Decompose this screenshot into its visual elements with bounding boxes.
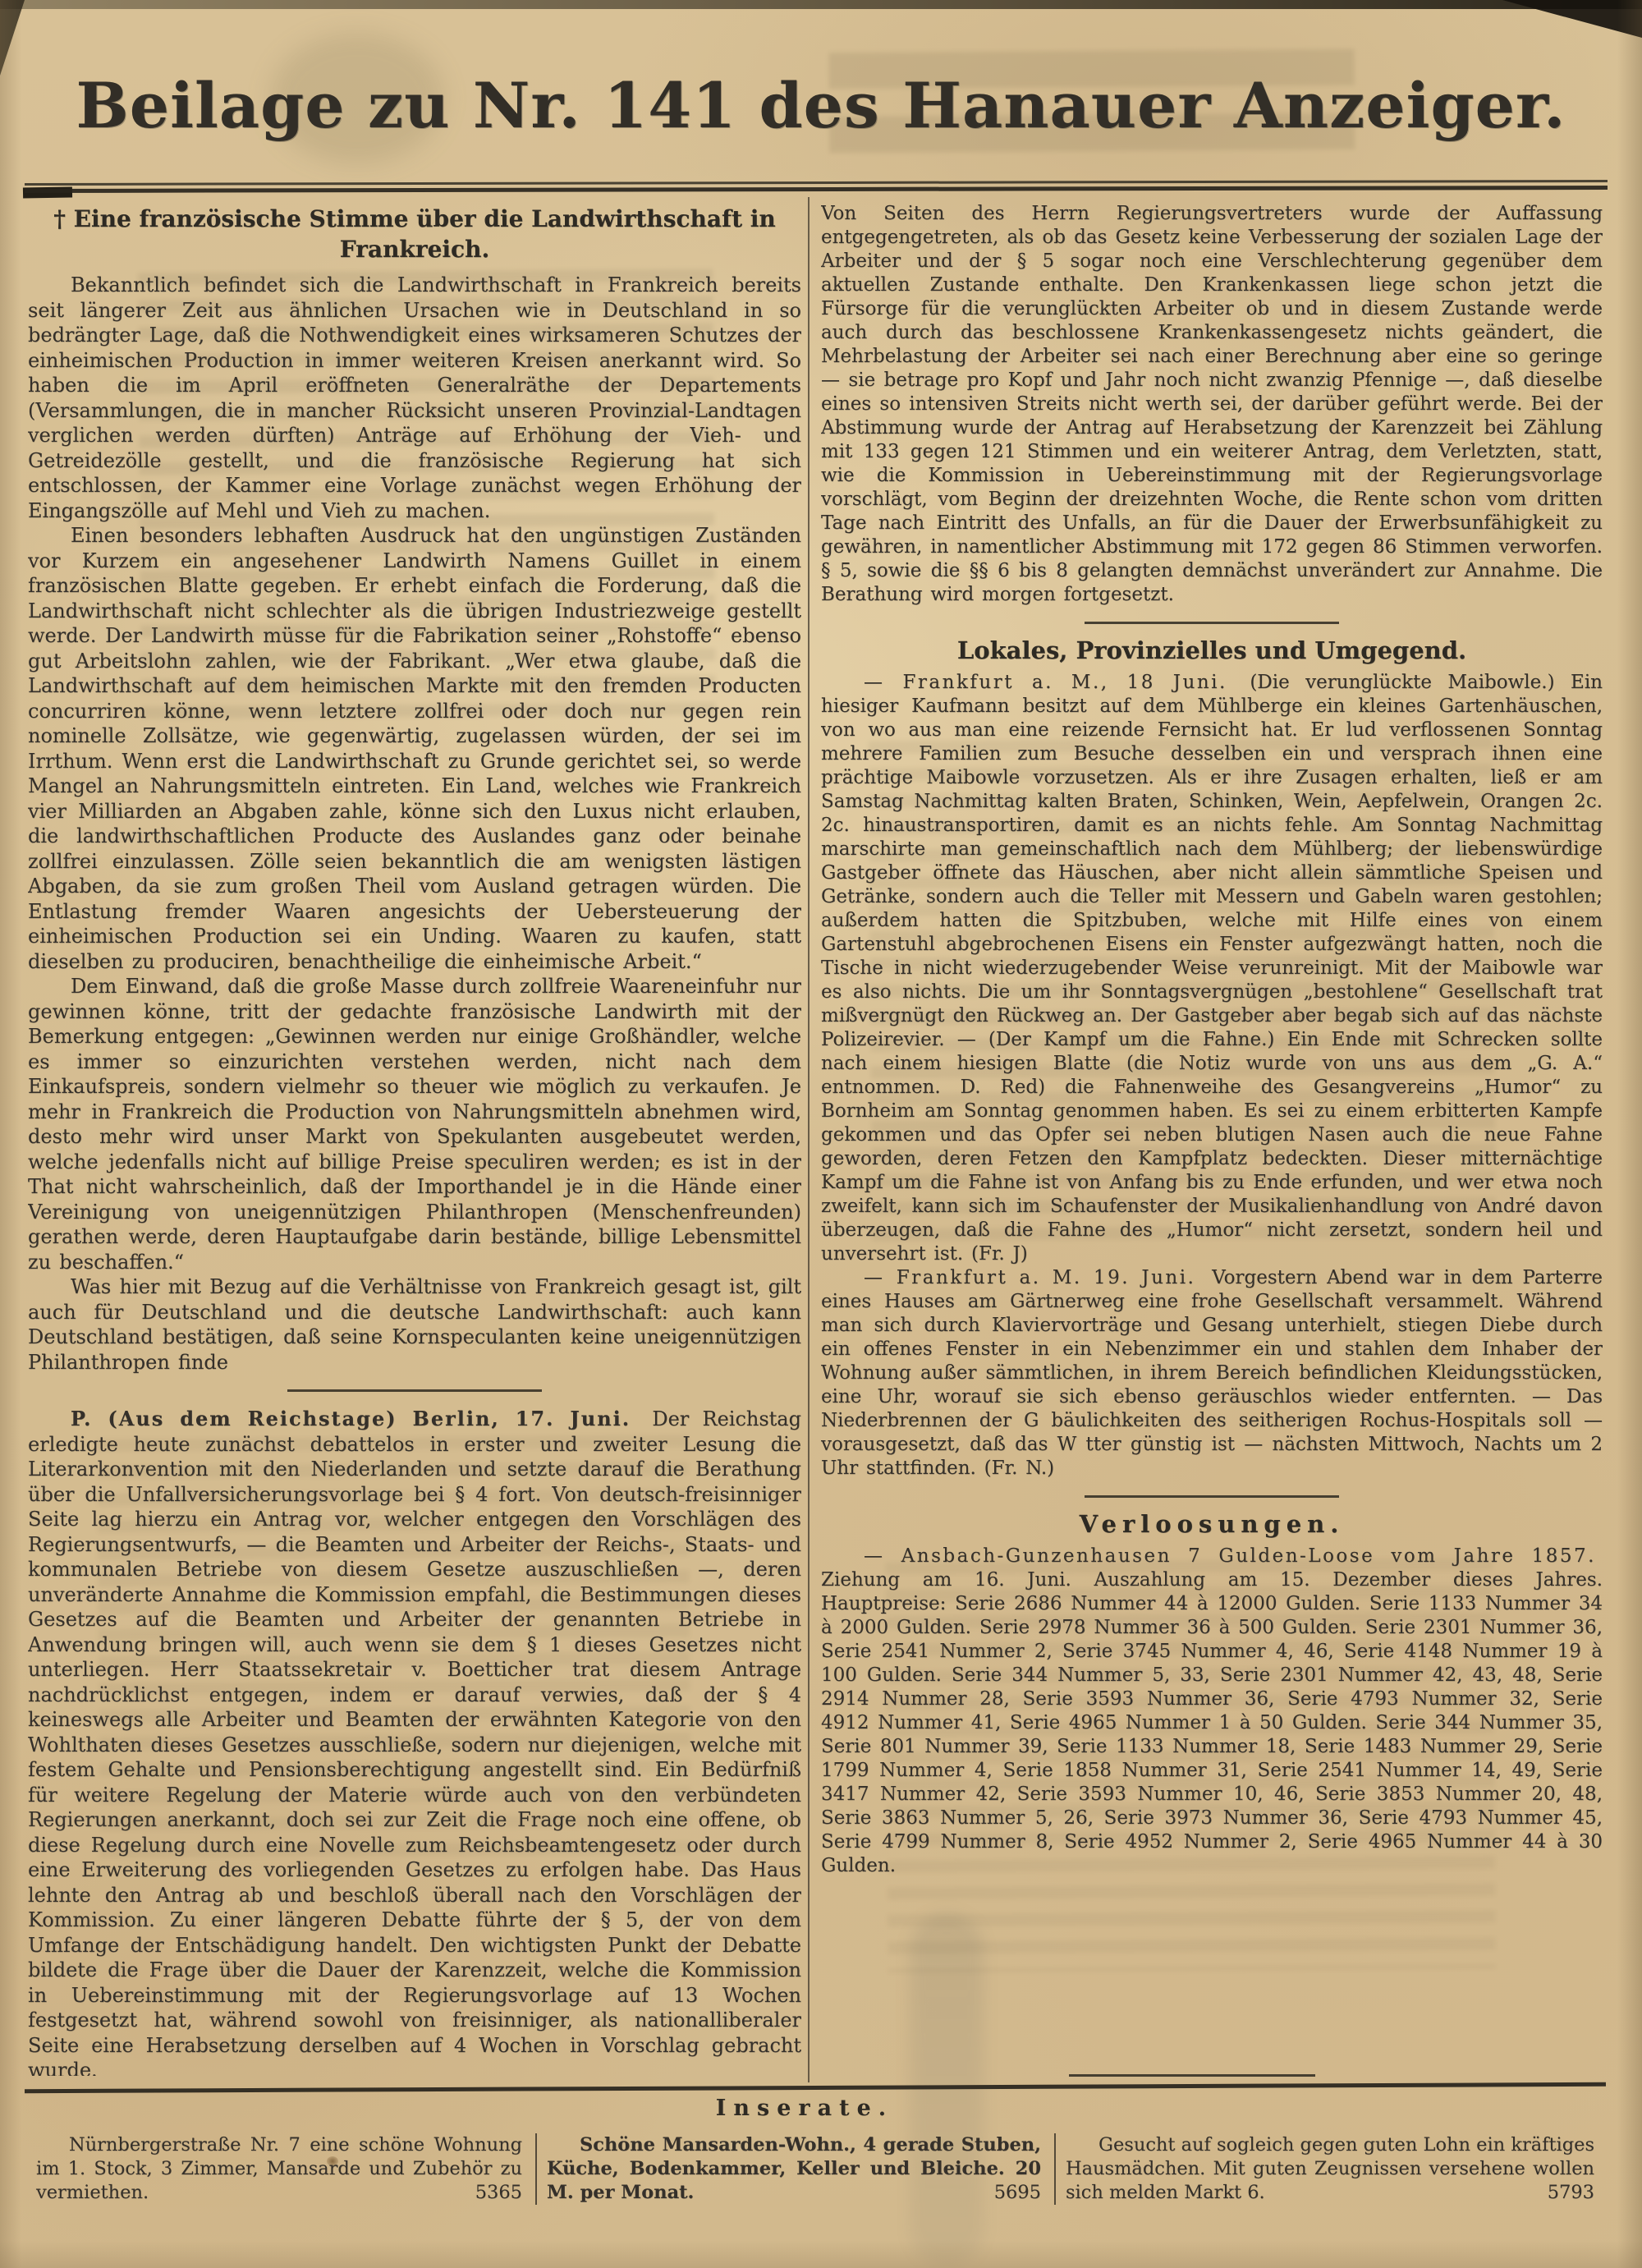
- news-item-body: Vorgestern Abend war in dem Parterre ein…: [821, 1267, 1603, 1479]
- article1-heading: † Eine französische Stimme über die Land…: [28, 204, 801, 264]
- lottery-item-lead: — Ansbach-Gunzenhausen 7 Gulden-Loose vo…: [864, 1545, 1596, 1567]
- lottery-section-heading: Verloosungen.: [821, 1513, 1603, 1536]
- lottery-end-rule: [1069, 2074, 1315, 2077]
- reichstag-body: Der Reichstag erledigte heute zunächst d…: [28, 1407, 801, 2076]
- reichstag-paragraph: P. (Aus dem Reichstage) Berlin, 17. Juni…: [28, 1407, 801, 2076]
- reichstag-continuation: Von Seiten des Herrn Regierungsvertreter…: [821, 202, 1603, 607]
- lottery-item-body: Ziehung am 16. Juni. Auszahlung am 15. D…: [821, 1569, 1603, 1876]
- ad-number: 5793: [1515, 2181, 1594, 2205]
- masthead: Beilage zu Nr. 141 des Hanauer Anzeiger.: [0, 69, 1642, 142]
- article1-paragraph: Dem Einwand, daß die große Masse durch z…: [28, 974, 801, 1274]
- right-column: Von Seiten des Herrn Regierungsvertreter…: [821, 202, 1603, 2073]
- ad-text: Gesucht auf sogleich gegen guten Lohn ei…: [1066, 2133, 1594, 2205]
- scan-corner-top-left: [0, 0, 25, 76]
- news-item-body: (Die verunglückte Maibowle.) Ein hiesige…: [821, 672, 1603, 1265]
- ad-text: Schöne Mansarden-Wohn., 4 gerade Stuben,…: [547, 2133, 1041, 2205]
- left-column: † Eine französische Stimme über die Land…: [28, 202, 801, 2076]
- news-item-dateline: — Frankfurt a. M., 18 Juni.: [864, 672, 1227, 693]
- masthead-double-rule: [25, 180, 1608, 193]
- news-item: — Frankfurt a. M., 18 Juni. (Die verungl…: [821, 671, 1603, 1266]
- article1-paragraph: Was hier mit Bezug auf die Verhältnisse …: [28, 1274, 801, 1375]
- article1-paragraph: Bekanntlich befindet sich die Landwirths…: [28, 273, 801, 523]
- ad-text: Nürnbergerstraße Nr. 7 eine schöne Wohnu…: [36, 2133, 522, 2205]
- article1-paragraph: Einen besonders lebhaften Ausdruck hat d…: [28, 523, 801, 974]
- ad-number: 5365: [443, 2181, 522, 2205]
- scan-corner-top-right: [1502, 0, 1642, 38]
- ad-number: 5695: [961, 2181, 1041, 2205]
- local-section-heading: Lokales, Provinzielles und Umgegend.: [821, 639, 1603, 663]
- reichstag-dateline: P. (Aus dem Reichstage) Berlin, 17. Juni…: [71, 1407, 631, 1430]
- ads-section-heading: Inserate.: [534, 2096, 1076, 2121]
- newspaper-page: Beilage zu Nr. 141 des Hanauer Anzeiger.…: [0, 0, 1642, 2268]
- article-divider-rule: [287, 1389, 542, 1392]
- ads-row: Nürnbergerstraße Nr. 7 eine schöne Wohnu…: [26, 2133, 1608, 2205]
- lottery-item: — Ansbach-Gunzenhausen 7 Gulden-Loose vo…: [821, 1545, 1603, 1878]
- ad-hausmaedchen-gesucht: Gesucht auf sogleich gegen guten Lohn ei…: [1056, 2133, 1608, 2205]
- section-divider-rule: [1085, 1495, 1339, 1498]
- ad-apartment-nuernbergerstrasse: Nürnbergerstraße Nr. 7 eine schöne Wohnu…: [26, 2133, 535, 2205]
- news-item-dateline: — Frankfurt a. M. 19. Juni.: [864, 1267, 1195, 1288]
- masthead-title: Beilage zu Nr. 141 des Hanauer Anzeiger.: [0, 69, 1642, 142]
- scan-edge-top: [0, 0, 1642, 9]
- section-divider-rule: [1085, 622, 1339, 624]
- news-item: — Frankfurt a. M. 19. Juni. Vorgestern A…: [821, 1266, 1603, 1481]
- ads-section-rule: [25, 2082, 1606, 2093]
- ad-mansarden-wohnung: Schöne Mansarden-Wohn., 4 gerade Stuben,…: [535, 2133, 1056, 2205]
- column-divider-rule: [808, 197, 810, 2082]
